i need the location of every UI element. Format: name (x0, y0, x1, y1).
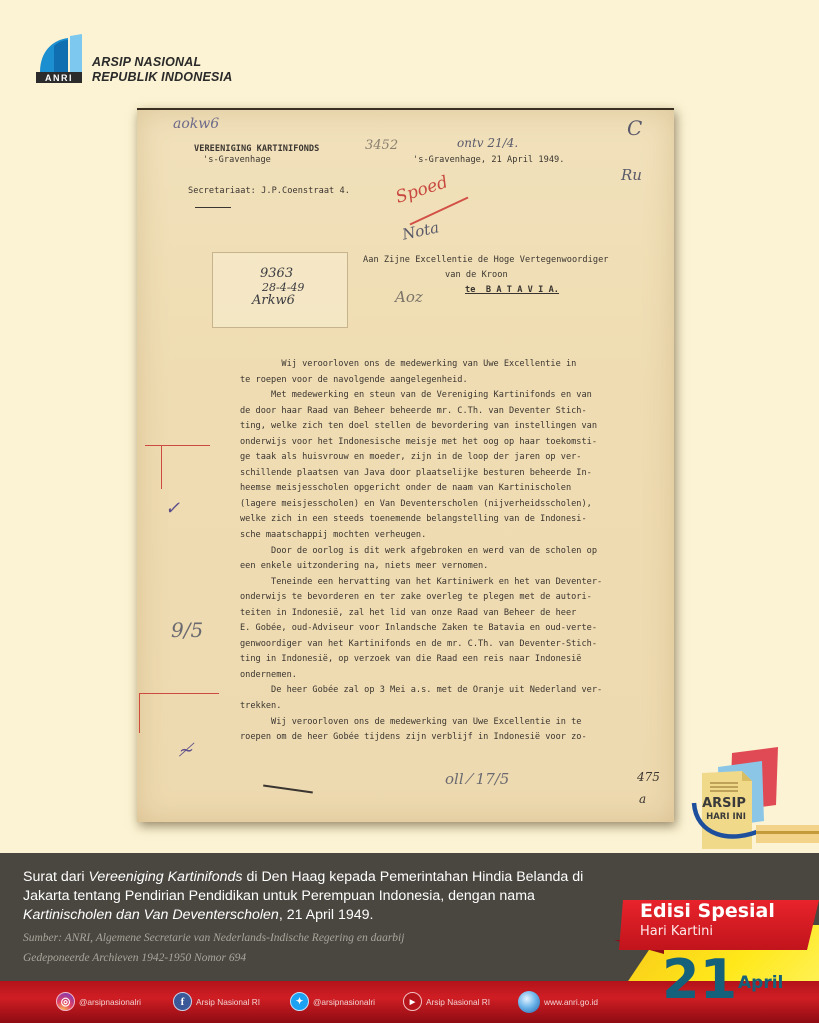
recipient-line2: van de Kroon (445, 270, 508, 280)
red-margin-bracket-2 (139, 693, 140, 733)
red-margin-mark (145, 445, 210, 446)
letter-line: Met medewerking en steun van de Verenigi… (240, 388, 660, 404)
red-margin-mark-2 (139, 693, 219, 694)
caption-italic-1: Vereeniging Kartinifonds (88, 869, 242, 885)
letter-line: ting, welke zich ten doel stellen de bev… (240, 419, 660, 435)
letter-line: Door de oorlog is dit werk afgebroken en… (240, 544, 660, 560)
org-name: ARSIP NASIONAL REPUBLIK INDONESIA (92, 55, 232, 85)
badge-line1: ARSIP (702, 796, 746, 811)
caption-text-1: Surat dari (23, 869, 88, 885)
special-edition-subtitle: Hari Kartini (640, 924, 713, 939)
source-line1: Sumber: ANRI, Algemene Secretarie van Ne… (23, 928, 613, 948)
annotation-margin-date: 9/5 (171, 618, 203, 642)
social-label: Arsip Nasional RI (426, 997, 490, 1007)
anri-logo: ANRI (34, 32, 84, 84)
stamp-code: Arkw6 (252, 293, 295, 308)
letter-line: trekken. (240, 699, 660, 715)
caption-italic-2: Kartinischolen dan Van Deventerscholen (23, 907, 279, 923)
caption-description: Surat dari Vereeniging Kartinifonds di D… (23, 868, 613, 925)
letter-line: te roepen voor de navolgende aangelegenh… (240, 373, 660, 389)
annotation-nota: Nota (401, 218, 441, 243)
date-month: April (738, 973, 783, 993)
badge-line2: HARI INI (706, 812, 746, 822)
source-line2: Gedeponeerde Archieven 1942-1950 Nomor 6… (23, 948, 613, 968)
annotation-purple-mark: ≁ (179, 740, 194, 761)
header-rule (195, 207, 231, 208)
sender-city: 's-Gravenhage (203, 155, 271, 165)
letter-line: sche maatschappij mochten verheugen. (240, 528, 660, 544)
letter-line: welke zich in een steeds toenemende bela… (240, 512, 660, 528)
letter-line: E. Gobée, oud-Adviseur voor Inlandsche Z… (240, 621, 660, 637)
annotation-top-right-1: C (627, 116, 642, 140)
social-website[interactable]: www.anri.go.id (518, 991, 598, 1013)
special-edition-title: Edisi Spesial (640, 900, 775, 922)
place-date: 's-Gravenhage, 21 April 1949. (413, 155, 565, 165)
social-label: Arsip Nasional RI (196, 997, 260, 1007)
annotation-purple-signature: ✓ (165, 498, 180, 519)
letter-line: ting in Indonesië, op verzoek van die Ra… (240, 652, 660, 668)
arsip-hari-ini-badge: ARSIP HARI INI (690, 745, 819, 853)
letter-line: ondernemen. (240, 668, 660, 684)
secretariat-address: Secretariaat: J.P.Coenstraat 4. (188, 186, 350, 196)
anri-logo-icon: ANRI (34, 32, 84, 84)
social-facebook[interactable]: f Arsip Nasional RI (173, 992, 260, 1011)
social-label: @arsipnasionalri (313, 997, 375, 1007)
twitter-icon: ✦ (290, 992, 309, 1011)
youtube-icon: ▶ (403, 992, 422, 1011)
recipient-line1: Aan Zijne Excellentie de Hoge Vertegenwo… (363, 255, 609, 265)
letter-line: de door haar Raad van Beheer beheerde mr… (240, 404, 660, 420)
letter-line: roepen om de heer Gobée tijdens zijn ver… (240, 730, 660, 746)
letter-line: Teneinde een hervatting van het Kartiniw… (240, 575, 660, 591)
facebook-icon: f (173, 992, 192, 1011)
letter-line: heemse meisjesscholen opgericht onder de… (240, 481, 660, 497)
annotation-bottom-right-2: a (639, 792, 646, 806)
letter-line: Wij veroorloven ons de medewerking van U… (240, 357, 660, 373)
social-instagram[interactable]: ◎ @arsipnasionalri (56, 992, 141, 1011)
letter-line: Wij veroorloven ons de medewerking van U… (240, 715, 660, 731)
annotation-number: 3452 (365, 138, 398, 153)
annotation-bottom-signature: oll ⁄ 17/5 (445, 770, 509, 788)
globe-icon (518, 991, 540, 1013)
annotation-top-right-2: Ru (621, 166, 642, 184)
social-youtube[interactable]: ▶ Arsip Nasional RI (403, 992, 490, 1011)
sender-name: VEREENIGING KARTINIFONDS (194, 144, 319, 154)
letter-line: ge taak als huisvrouw en moeder, zijn in… (240, 450, 660, 466)
date-day: 21 (662, 948, 737, 1012)
red-margin-bracket (161, 445, 162, 489)
archival-letter: aokw6 VEREENIGING KARTINIFONDS 's-Graven… (137, 108, 674, 822)
recipient-line3: te B A T A V I A. (465, 285, 559, 295)
letter-line: onderwijs voor het Indonesische meisje m… (240, 435, 660, 451)
caption-source: Sumber: ANRI, Algemene Secretarie van Ne… (23, 928, 613, 968)
social-label: www.anri.go.id (544, 997, 598, 1007)
annotation-bottom-right-1: 475 (637, 770, 660, 784)
annotation-top-left: aokw6 (173, 116, 219, 132)
stamp-number: 9363 (260, 266, 293, 281)
instagram-icon: ◎ (56, 992, 75, 1011)
annotation-received: ontv 21/4. (457, 136, 518, 150)
letter-line: De heer Gobée zal op 3 Mei a.s. met de O… (240, 683, 660, 699)
social-label: @arsipnasionalri (79, 997, 141, 1007)
letter-line: genwoordiger van het Kartinifonds en de … (240, 637, 660, 653)
letter-line: (lagere meisjesscholen) en Van Deventers… (240, 497, 660, 513)
org-name-line2: REPUBLIK INDONESIA (92, 70, 232, 85)
social-twitter[interactable]: ✦ @arsipnasionalri (290, 992, 375, 1011)
annotation-red-note: Spoed (393, 172, 450, 208)
svg-text:ANRI: ANRI (45, 73, 73, 83)
letter-line: teiten in Indonesië, zal het lid van onz… (240, 606, 660, 622)
letter-line: onderwijs te bevorderen en ter zake over… (240, 590, 660, 606)
letter-line: een enkele uitzondering na, niets meer v… (240, 559, 660, 575)
letter-body: Wij veroorloven ons de medewerking van U… (240, 357, 660, 746)
ink-stroke (263, 785, 313, 794)
org-name-line1: ARSIP NASIONAL (92, 55, 232, 70)
caption-text-3: , 21 April 1949. (279, 907, 374, 923)
annotation-beside-stamp: Aoz (395, 288, 423, 306)
letter-line: schillende plaatsen van Java door plaats… (240, 466, 660, 482)
